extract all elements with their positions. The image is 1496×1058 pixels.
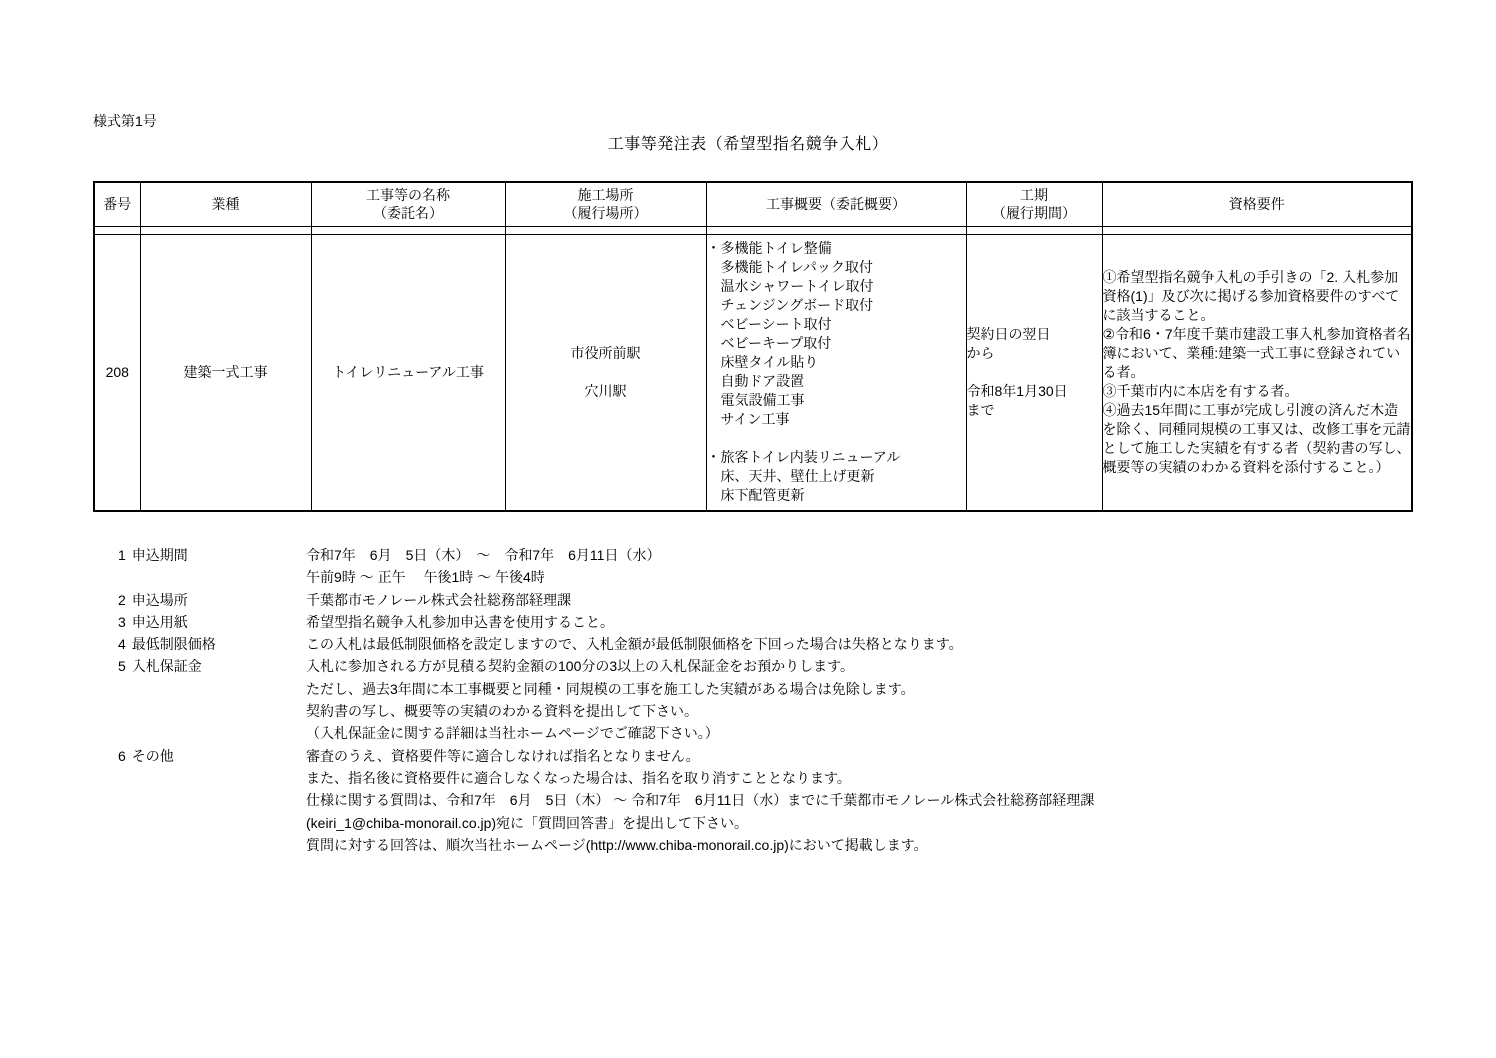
header-qualifications: 資格要件	[1102, 182, 1412, 226]
note-text: 入札に参加される方が見積る契約金額の100分の3以上の入札保証金をお預かりします…	[306, 655, 1428, 744]
note-number: 4	[118, 633, 126, 655]
form-number: 様式第1号	[93, 112, 157, 130]
note-text: 千葉都市モノレール株式会社総務部経理課	[306, 589, 1428, 611]
table-spacer-row	[94, 226, 1412, 234]
note-label: 4最低制限価格	[118, 633, 306, 655]
spacer-cell	[505, 226, 706, 234]
header-summary: 工事概要（委託概要）	[706, 182, 966, 226]
order-table: 番号 業種 工事等の名称 （委託名） 施工場所 （履行場所） 工事概要（委託概要…	[93, 181, 1413, 512]
note-item-bid-deposit: 5入札保証金 入札に参加される方が見積る契約金額の100分の3以上の入札保証金を…	[118, 655, 1428, 744]
note-number: 5	[118, 655, 126, 677]
note-label: 3申込用紙	[118, 611, 306, 633]
cell-period: 契約日の翌日 から 令和8年1月30日 まで	[966, 234, 1102, 511]
cell-name: トイレリニューアル工事	[311, 234, 505, 511]
note-text: 令和7年 6月 5日（木） ～ 令和7年 6月11日（水） 午前9時 ～ 正午 …	[306, 544, 1428, 589]
cell-summary: ・多機能トイレ整備 多機能トイレパック取付 温水シャワートイレ取付 チェンジング…	[706, 234, 966, 511]
note-text: この入札は最低制限価格を設定しますので、入札金額が最低制限価格を下回った場合は失…	[306, 633, 1428, 655]
header-name: 工事等の名称 （委託名）	[311, 182, 505, 226]
header-location: 施工場所 （履行場所）	[505, 182, 706, 226]
note-item-minimum-price: 4最低制限価格 この入札は最低制限価格を設定しますので、入札金額が最低制限価格を…	[118, 633, 1428, 655]
note-title: 入札保証金	[132, 658, 202, 674]
document-page: 様式第1号 工事等発注表（希望型指名競争入札） 番号 業種 工事等の名称 （委託…	[0, 0, 1496, 1058]
note-title: その他	[132, 748, 174, 764]
note-item-application-period: 1申込期間 令和7年 6月 5日（木） ～ 令和7年 6月11日（水） 午前9時…	[118, 544, 1428, 589]
note-label: 2申込場所	[118, 589, 306, 611]
spacer-cell	[94, 226, 140, 234]
spacer-cell	[311, 226, 505, 234]
note-title: 最低制限価格	[132, 636, 216, 652]
header-industry: 業種	[140, 182, 311, 226]
spacer-cell	[1102, 226, 1412, 234]
spacer-cell	[706, 226, 966, 234]
note-number: 2	[118, 589, 126, 611]
spacer-cell	[966, 226, 1102, 234]
cell-qualifications: ①希望型指名競争入札の手引きの「2. 入札参加資格(1)」及び次に掲げる参加資格…	[1102, 234, 1412, 511]
note-text: 審査のうえ、資格要件等に適合しなければ指名となりません。 また、指名後に資格要件…	[306, 745, 1428, 856]
spacer-cell	[140, 226, 311, 234]
note-title: 申込用紙	[132, 614, 188, 630]
note-item-application-place: 2申込場所 千葉都市モノレール株式会社総務部経理課	[118, 589, 1428, 611]
note-item-application-form: 3申込用紙 希望型指名競争入札参加申込書を使用すること。	[118, 611, 1428, 633]
header-number: 番号	[94, 182, 140, 226]
cell-industry: 建築一式工事	[140, 234, 311, 511]
cell-location: 市役所前駅 穴川駅	[505, 234, 706, 511]
note-label: 6その他	[118, 745, 306, 856]
cell-number: 208	[94, 234, 140, 511]
note-text: 希望型指名競争入札参加申込書を使用すること。	[306, 611, 1428, 633]
note-label: 1申込期間	[118, 544, 306, 589]
note-item-other: 6その他 審査のうえ、資格要件等に適合しなければ指名となりません。 また、指名後…	[118, 745, 1428, 856]
page-title: 工事等発注表（希望型指名競争入札）	[0, 134, 1496, 156]
note-title: 申込場所	[132, 592, 188, 608]
table-header-row: 番号 業種 工事等の名称 （委託名） 施工場所 （履行場所） 工事概要（委託概要…	[94, 182, 1412, 226]
notes-section: 1申込期間 令和7年 6月 5日（木） ～ 令和7年 6月11日（水） 午前9時…	[118, 544, 1428, 856]
table-row: 208 建築一式工事 トイレリニューアル工事 市役所前駅 穴川駅 ・多機能トイレ…	[94, 234, 1412, 511]
note-label: 5入札保証金	[118, 655, 306, 744]
note-title: 申込期間	[132, 547, 188, 563]
header-period: 工期 （履行期間）	[966, 182, 1102, 226]
note-number: 6	[118, 745, 126, 767]
note-number: 1	[118, 544, 126, 566]
note-number: 3	[118, 611, 126, 633]
